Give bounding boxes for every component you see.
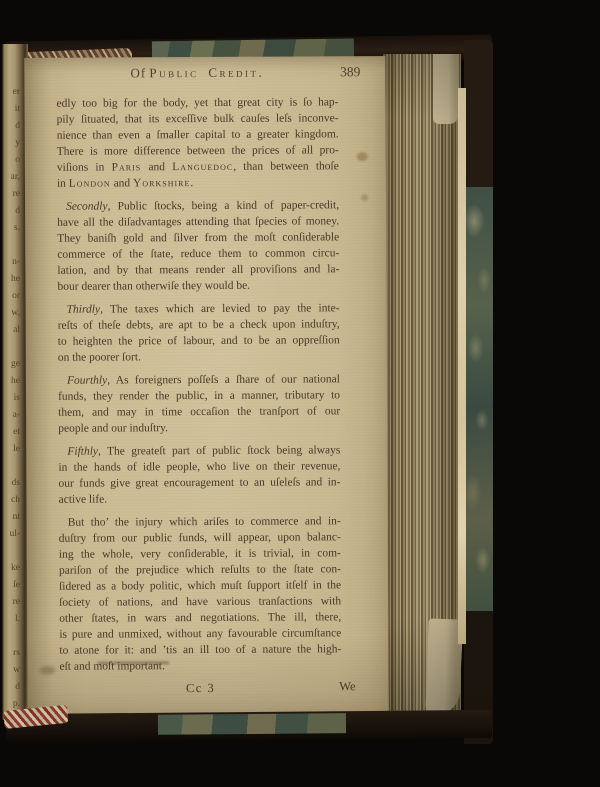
book-cover-board	[464, 40, 493, 744]
page-number: 389	[340, 64, 360, 80]
small-caps-name: Languedoc	[172, 161, 233, 173]
small-caps-name: Yorkshire	[133, 177, 190, 189]
text-line: our funds give great encouragement to an…	[58, 474, 340, 491]
text-line: reſts of theſe debts, are apt to be a ch…	[58, 316, 340, 333]
bottom-cover-edge	[6, 710, 492, 742]
fragment-line: rs	[2, 645, 20, 662]
fragment-line: ke	[2, 560, 20, 577]
text-line: in the hands of idle people, who live on…	[58, 458, 340, 475]
ink-blot	[39, 666, 55, 675]
text-line: pily ſituated, that its exceſſive bulk c…	[57, 110, 339, 127]
ink-smudge	[97, 661, 169, 664]
text-line: is pure and unmixed, without any favoura…	[59, 625, 341, 642]
text-line: in London and Yorkshire.	[57, 174, 339, 191]
book-page: Of Public Credit. 389 edly too big for t…	[24, 56, 388, 717]
fragment-line: le	[2, 441, 20, 458]
bottom-marbled-segment	[158, 713, 346, 735]
italic-word: Fourthly	[67, 375, 107, 387]
fragment-line: y	[2, 135, 20, 152]
text-line: Thirdly, The taxes which are levied to p…	[58, 300, 340, 317]
flyleaf-edge-strip	[458, 88, 466, 644]
small-caps-name: Paris	[112, 161, 142, 173]
paragraph: Secondly, Public ſtocks, being a kind of…	[57, 197, 339, 294]
text-line: viſions in Paris and Languedoc, than bet…	[57, 158, 339, 175]
text-line: They baniſh gold and ſilver from the moſ…	[57, 229, 339, 246]
fore-edge	[383, 54, 461, 711]
page-footer: Cc 3 We	[60, 680, 342, 699]
italic-word: Fifthly	[67, 446, 98, 458]
fragment-line: et	[2, 424, 20, 441]
fragment-line: l.	[2, 611, 20, 628]
text-line: on the poorer ſort.	[58, 348, 340, 365]
text-line: to atone for it: and ’tis an ill too of …	[59, 641, 341, 658]
text-line: nience than even a ſmaller capital to a …	[57, 126, 339, 143]
text-line: edly too big for the body, yet that grea…	[56, 94, 338, 111]
fragment-line: ul-	[2, 526, 20, 543]
paragraph: edly too big for the body, yet that grea…	[56, 94, 338, 191]
fragment-line: it	[2, 101, 20, 118]
page-header: Of Public Credit. 389	[56, 64, 338, 87]
text-line: ſociety of nations, and have various tra…	[59, 593, 341, 610]
running-title: Of Public Credit.	[56, 64, 338, 81]
signature-mark: Cc 3	[60, 680, 342, 696]
photo-of-open-book: eritdyoar,reds.n-heorw,algeheisa-etledsc…	[0, 0, 600, 787]
fragment-line: is	[2, 390, 20, 407]
marbled-board	[464, 187, 493, 611]
facing-page-text-fragments: eritdyoar,reds.n-heorw,algeheisa-etledsc…	[2, 84, 20, 730]
running-title-lead: Of	[130, 65, 146, 80]
fragment-line: ds	[2, 475, 20, 492]
fragment-line: d	[2, 203, 20, 220]
text-line: commerce of the ſtate, reduce them to co…	[57, 245, 339, 262]
fragment-line: ch	[2, 492, 20, 509]
fragment-line: nt	[2, 509, 20, 526]
text-line: pariſon of the prejudice which reſults t…	[59, 561, 341, 578]
paragraph: But tho’ the injury which ariſes to comm…	[59, 513, 342, 674]
fragment-line: er	[2, 84, 20, 101]
body-text: edly too big for the body, yet that grea…	[56, 94, 341, 674]
fragment-line: re	[2, 594, 20, 611]
fragment-line: d	[2, 118, 20, 135]
fragment-line	[2, 339, 20, 356]
text-line: Fifthly, The greateſt part of public ſto…	[58, 442, 340, 459]
fragment-line: w,	[2, 305, 20, 322]
text-line: eſt and moſt important.	[59, 657, 341, 674]
fragment-line	[2, 628, 20, 645]
fragment-line: d	[2, 679, 20, 696]
text-line: There is more difference between the pri…	[57, 142, 339, 159]
text-line: But tho’ the injury which ariſes to comm…	[59, 513, 341, 530]
fragment-line: s.	[2, 220, 20, 237]
text-line: ſidered as a body politic, which muſt ſu…	[59, 577, 341, 594]
fragment-line: a-	[2, 407, 20, 424]
text-line: bour dearer than otherwiſe they would be…	[57, 277, 339, 294]
text-line: lation, and by that means render all pro…	[57, 261, 339, 278]
text-line: duſtry from our public funds, will appea…	[59, 529, 341, 546]
foxing-stain	[357, 152, 368, 161]
italic-word: Thirdly	[67, 304, 101, 316]
text-block: Of Public Credit. 389 edly too big for t…	[56, 62, 341, 699]
small-caps-name: London	[69, 177, 111, 189]
fragment-line: o	[2, 152, 20, 169]
fragment-line: ſe	[2, 577, 20, 594]
text-line: Fourthly, As foreigners poſſeſs a ſhare …	[58, 371, 340, 388]
text-line: active life.	[59, 490, 341, 507]
text-line: funds, they render the public, in a mann…	[58, 387, 340, 404]
text-line: Secondly, Public ſtocks, being a kind of…	[57, 197, 339, 214]
paragraph: Thirdly, The taxes which are levied to p…	[58, 300, 340, 365]
fragment-line	[2, 458, 20, 475]
text-line: other ſtates, in wars and negotiations. …	[59, 609, 341, 626]
fragment-line: w	[2, 662, 20, 679]
fragment-line: he	[2, 271, 20, 288]
fragment-line: ge	[2, 356, 20, 373]
text-line: people and our induſtry.	[58, 419, 340, 436]
fragment-line	[2, 543, 20, 560]
fragment-line: ar,	[2, 169, 20, 186]
text-line: have all the diſadvantages attending tha…	[57, 213, 339, 230]
fragment-line: re	[2, 186, 20, 203]
text-line: them, and may in time occaſion the tranſ…	[58, 403, 340, 420]
running-title-caps: Public Credit.	[149, 65, 264, 81]
fragment-line: he	[2, 373, 20, 390]
paragraph: Fifthly, The greateſt part of public ſto…	[58, 442, 340, 507]
text-line: to heighten the price of labour, and to …	[58, 332, 340, 349]
foxing-stain	[361, 194, 368, 201]
fore-edge-shading	[383, 54, 461, 711]
text-line: ing the whole, very conſiderable, it is …	[59, 545, 341, 562]
paragraph: Fourthly, As foreigners poſſeſs a ſhare …	[58, 371, 340, 436]
fragment-line: al	[2, 322, 20, 339]
italic-word: Secondly	[66, 201, 108, 213]
fragment-line	[2, 237, 20, 254]
fragment-line: n-	[2, 254, 20, 271]
catchword: We	[339, 679, 355, 694]
fragment-line: or	[2, 288, 20, 305]
